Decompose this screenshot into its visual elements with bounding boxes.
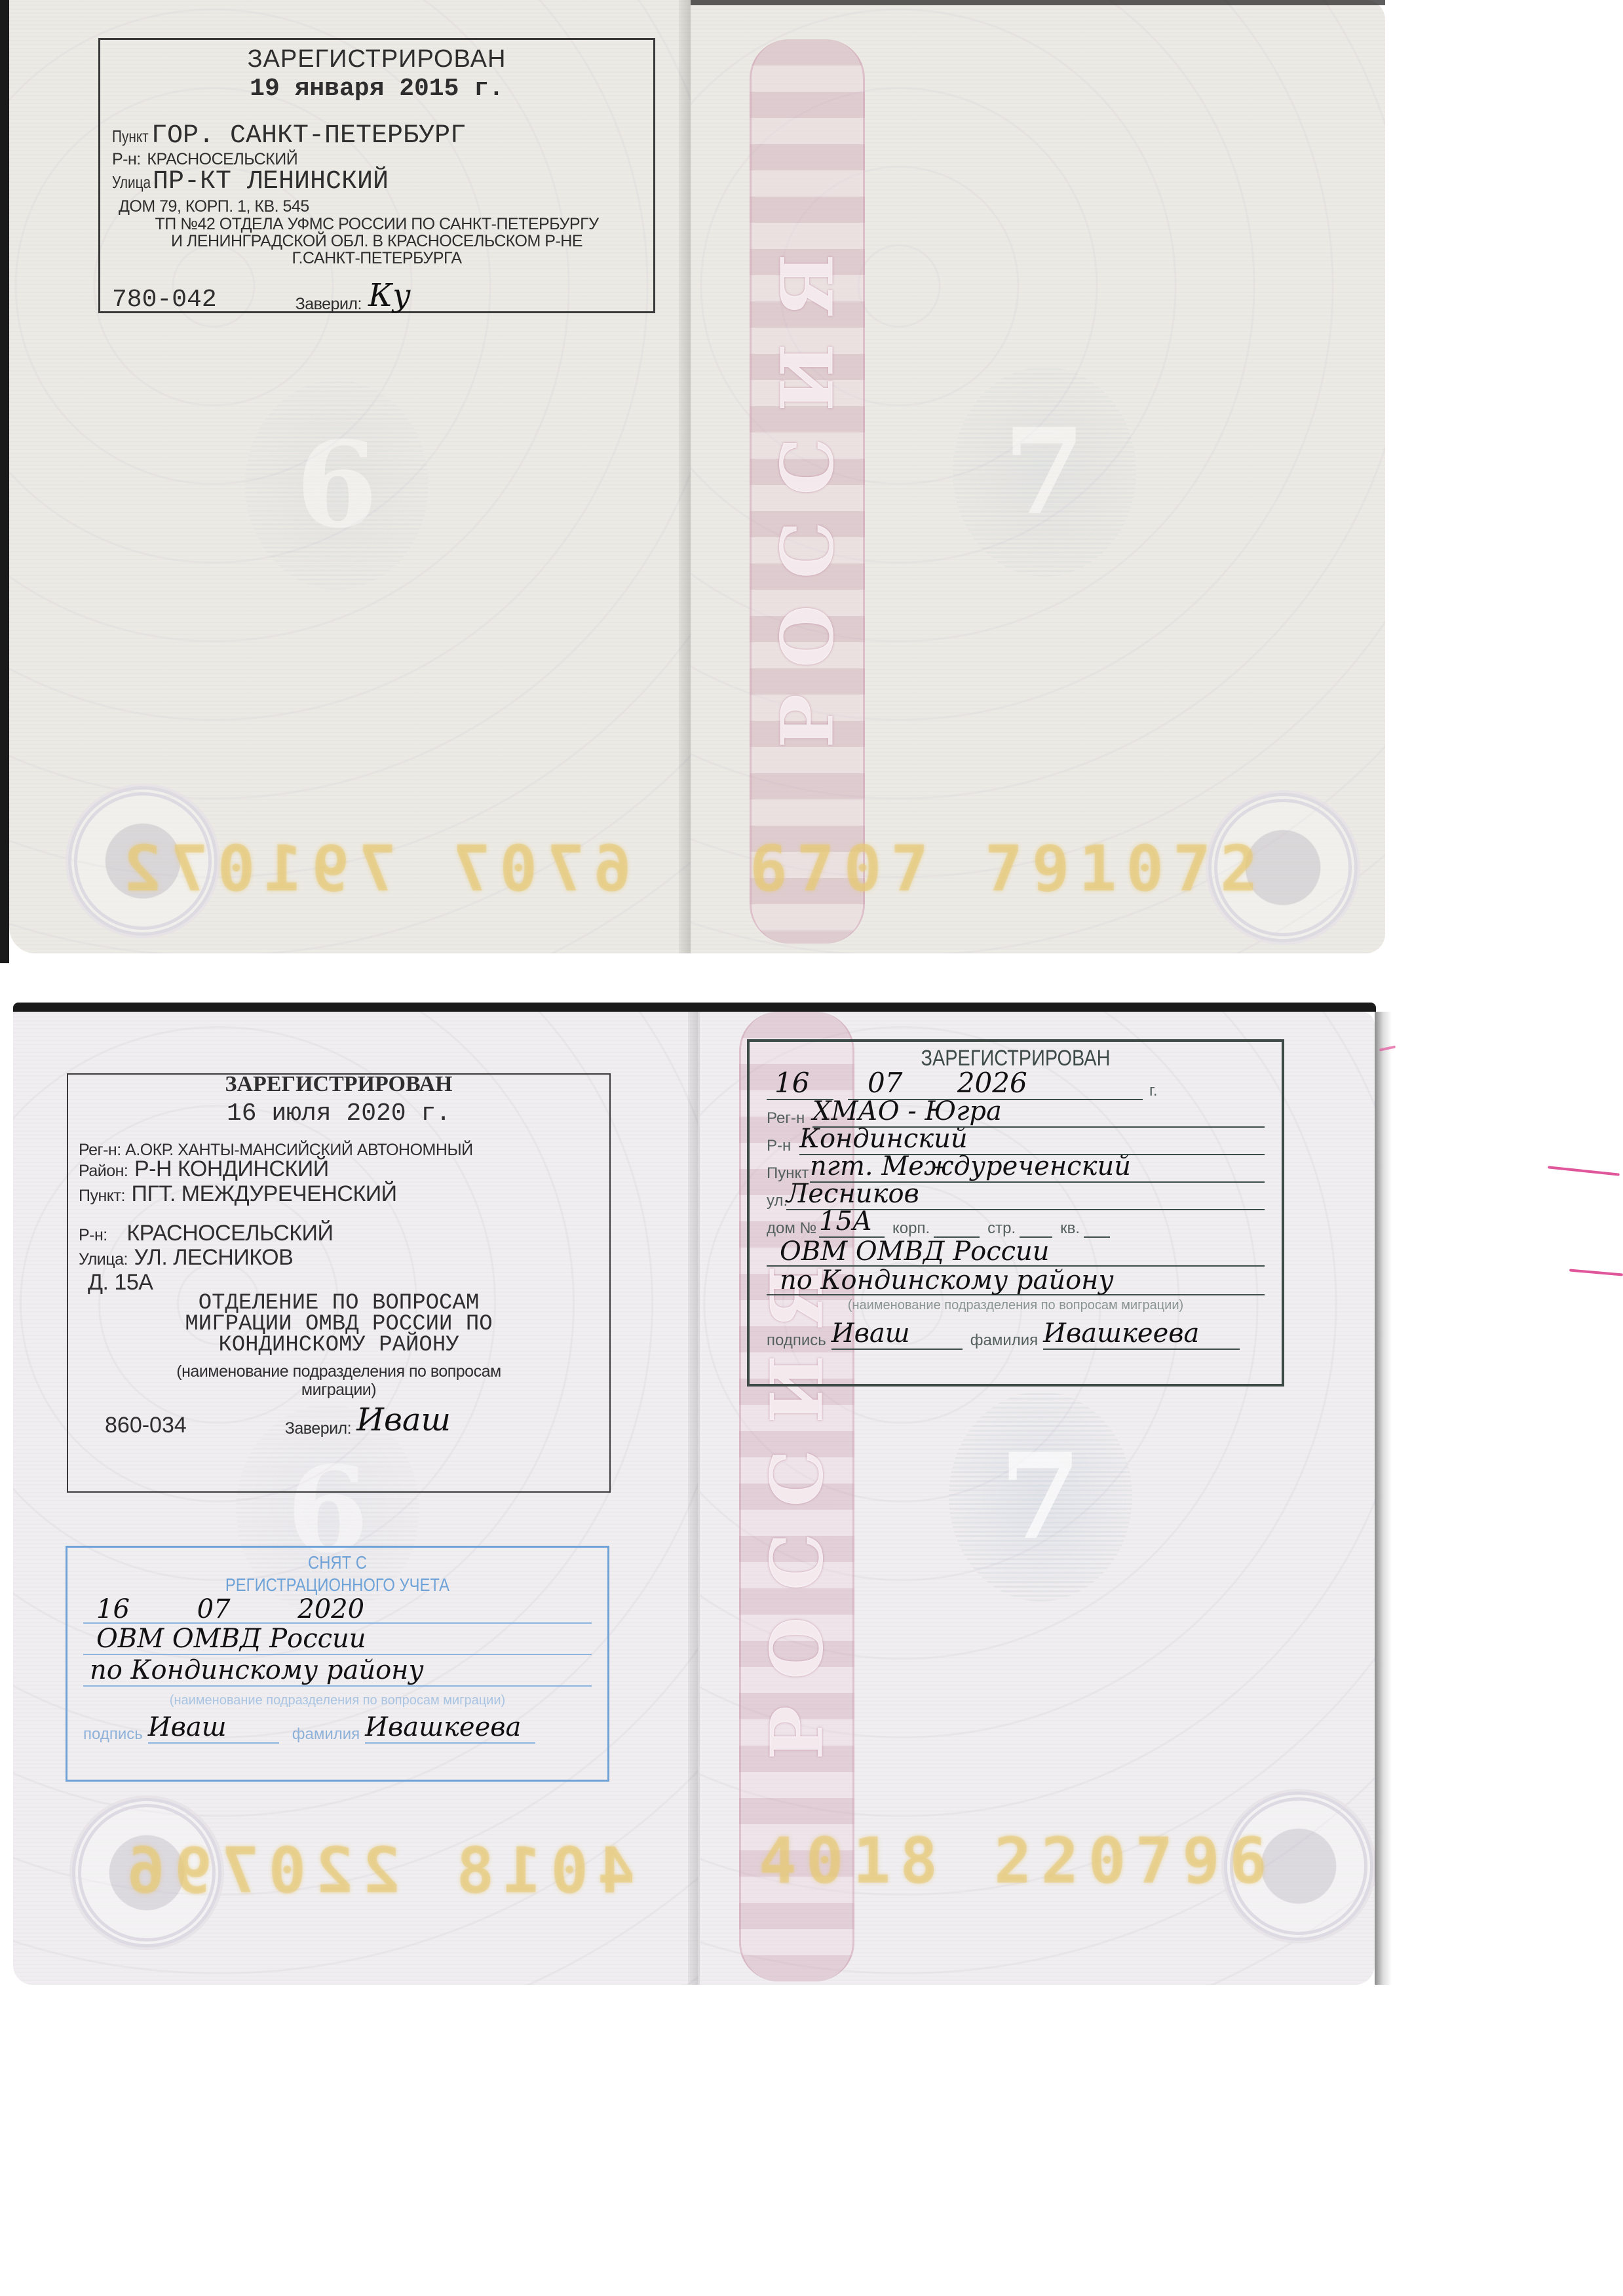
registration-stamp-2020: ЗАРЕГИСТРИРОВАН 16 июля 2020 г. Рег-н: А… xyxy=(67,1073,611,1493)
page-number-watermark: 7 xyxy=(953,367,1136,577)
form-street: Лесников xyxy=(786,1179,1265,1210)
stamp-rayon: Р-Н КОНДИНСКИЙ xyxy=(134,1157,329,1181)
surname: Ивашкеева xyxy=(365,1712,535,1744)
stamp-authority: ТП №42 ОТДЕЛА УФМС РОССИИ ПО САНКТ-ПЕТЕР… xyxy=(112,216,641,267)
scan-edge xyxy=(691,0,1385,5)
stamp-title: ЗАРЕГИСТРИРОВАН xyxy=(112,45,641,73)
stamp-district: КРАСНОСЕЛЬСКИЙ xyxy=(126,1221,333,1246)
page-7-bottom: РОССИЯ 7 4018 220796 ЗАРЕГИСТРИРОВАН 16 … xyxy=(700,1012,1375,1985)
stamp-date: 16 июля 2020 г. xyxy=(79,1100,599,1128)
page-6-top: 6 6707 791072 ЗАРЕГИСТРИРОВАН 19 января … xyxy=(9,0,691,953)
stamp-date: 19 января 2015 г. xyxy=(112,75,641,103)
serial-perforation: 6707 791072 xyxy=(114,832,632,906)
form-authority-1: ОВМ ОМВД России xyxy=(767,1238,1265,1267)
passport-spread-bottom: 6 4018 220796 ЗАРЕГИСТРИРОВАН 16 июля 20… xyxy=(0,1003,1402,1999)
form-kv xyxy=(1084,1236,1110,1238)
passport-spread-top: 6 6707 791072 ЗАРЕГИСТРИРОВАН 19 января … xyxy=(0,0,1402,963)
registration-stamp-form: ЗАРЕГИСТРИРОВАН 16 07 2026 г. Рег-н ХМАО… xyxy=(747,1039,1284,1387)
stamp-title: ЗАРЕГИСТРИРОВАН xyxy=(79,1072,599,1097)
form-rayon: Кондинский xyxy=(799,1124,1265,1155)
signature: Иваш xyxy=(148,1712,279,1744)
form-punkt: пгт. Междуреченский xyxy=(810,1151,1265,1183)
serial-perforation: 4018 220796 xyxy=(759,1824,1276,1898)
serial-perforation: 4018 220796 xyxy=(118,1834,636,1907)
stamp-code: 860-034 xyxy=(105,1413,187,1438)
page-number-watermark: 7 xyxy=(949,1392,1132,1601)
page-edge-shadow xyxy=(1375,1012,1392,1985)
stamp-authority: ОТДЕЛЕНИЕ ПО ВОПРОСАМ МИГРАЦИИ ОМВД РОСС… xyxy=(79,1293,599,1356)
form-house: 15А xyxy=(819,1206,885,1238)
stamp-house: Д. 15А xyxy=(79,1272,599,1293)
form-authority-2: по Кондинскому району xyxy=(767,1267,1265,1295)
ornament-column: РОССИЯ xyxy=(750,39,865,944)
stamp-district: КРАСНОСЕЛЬСКИЙ xyxy=(147,150,297,168)
deregistration-authority-2: по Кондинскому району xyxy=(83,1655,592,1687)
stamp-punkt: ПГТ. МЕЖДУРЕЧЕНСКИЙ xyxy=(132,1181,397,1206)
page-number-watermark: 6 xyxy=(245,380,429,590)
registration-stamp-2015: ЗАРЕГИСТРИРОВАН 19 января 2015 г. ПунктГ… xyxy=(98,38,655,313)
deregistration-authority-1: ОВМ ОМВД России xyxy=(83,1624,592,1655)
deregistration-date: 16 07 2020 xyxy=(83,1596,592,1624)
stamp-authority-caption: (наименование подразделения по вопросам … xyxy=(79,1362,599,1399)
form-date-month-year: 07 2026 xyxy=(848,1067,1143,1100)
form-date-day: 16 xyxy=(767,1067,833,1100)
signature: Ку xyxy=(368,277,411,314)
scan-artifact xyxy=(1548,1166,1620,1176)
stamp-street: ПР-КТ ЛЕНИНСКИЙ xyxy=(153,167,389,197)
surname: Ивашкеева xyxy=(1043,1318,1240,1350)
stamp-title: ЗАРЕГИСТРИРОВАН xyxy=(804,1046,1227,1071)
signature: Иваш xyxy=(356,1402,451,1438)
stamp-house: ДОМ 79, КОРП. 1, КВ. 545 xyxy=(112,197,641,216)
stamp-code: 780-042 xyxy=(112,286,217,314)
deregistration-stamp: СНЯТ С РЕГИСТРАЦИОННОГО УЧЕТА 16 07 2020… xyxy=(66,1546,609,1782)
serial-perforation: 6707 791072 xyxy=(750,832,1267,906)
scan-edge xyxy=(0,0,9,963)
form-region: ХМАО - Югра xyxy=(812,1096,1265,1128)
page-7-top: РОССИЯ 7 6707 791072 xyxy=(691,0,1385,953)
page-6-bottom: 6 4018 220796 ЗАРЕГИСТРИРОВАН 16 июля 20… xyxy=(13,1012,698,1985)
signature: Иваш xyxy=(831,1318,963,1350)
scan-edge xyxy=(13,1003,1376,1012)
stamp-street: УЛ. ЛЕСНИКОВ xyxy=(134,1245,294,1270)
scan-artifact xyxy=(1569,1269,1623,1276)
stamp-punkt: ГОР. САНКТ-ПЕТЕРБУРГ xyxy=(151,121,466,151)
